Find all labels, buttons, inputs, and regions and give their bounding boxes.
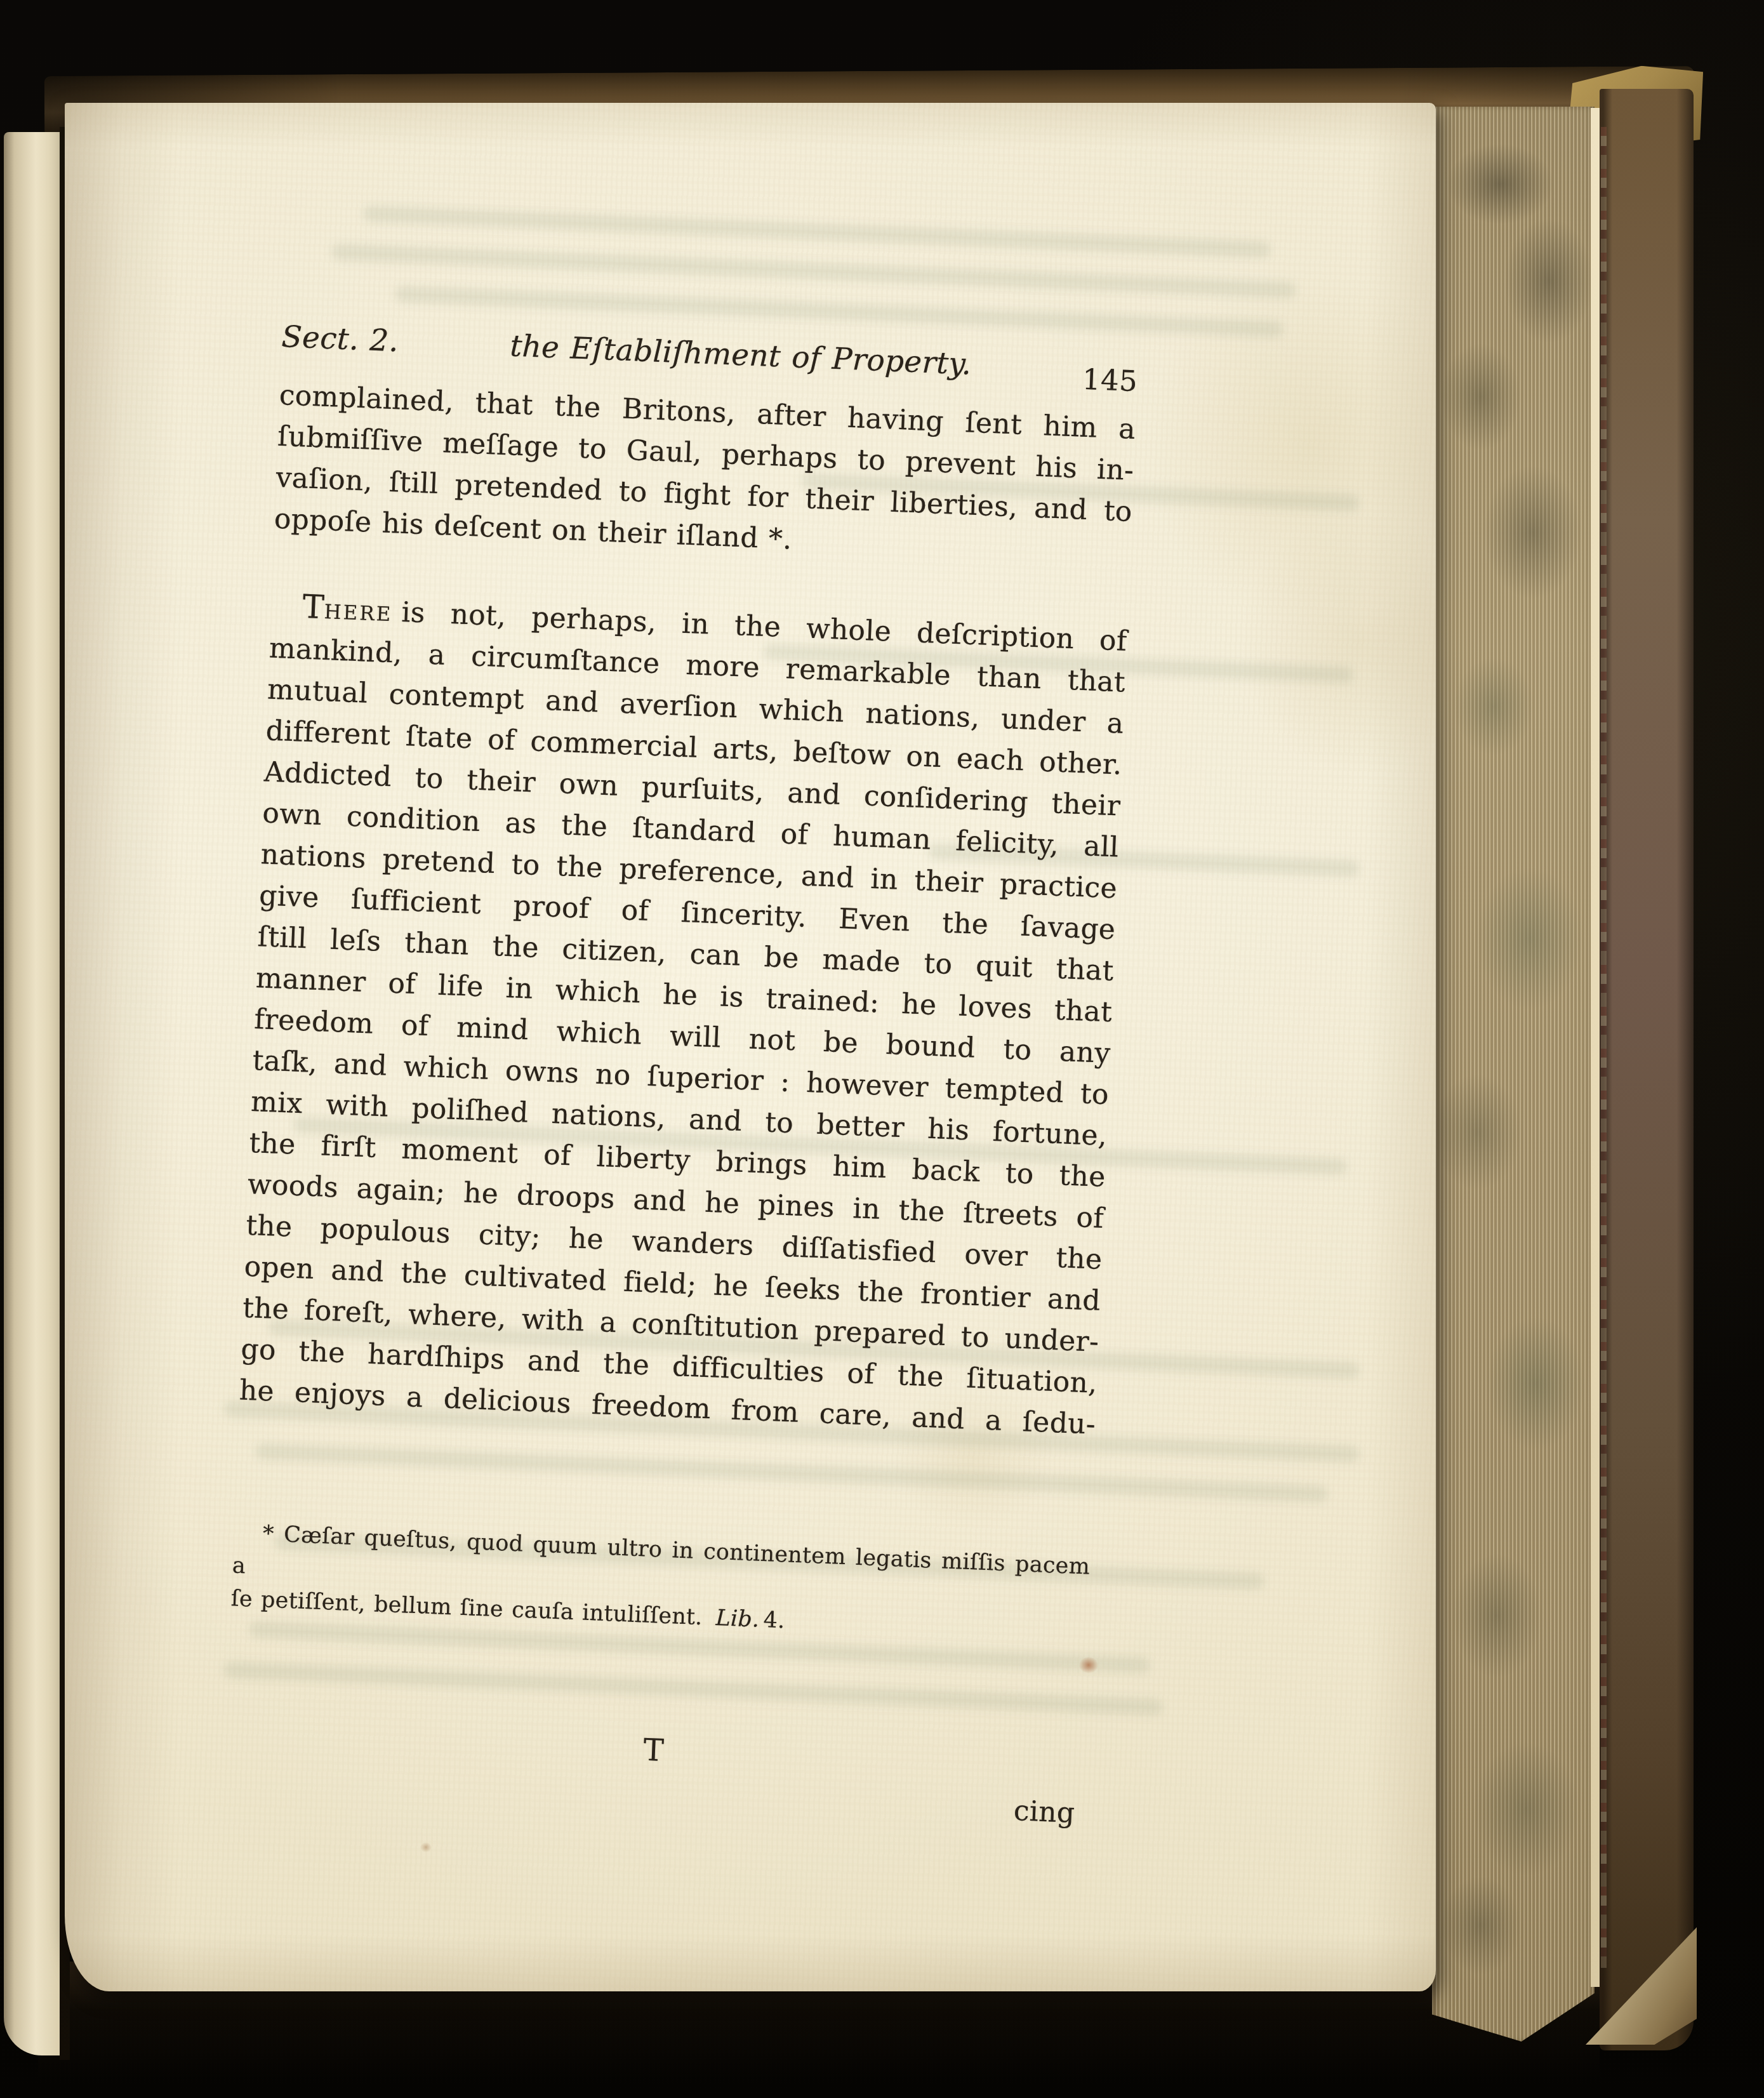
page-text: Sect. 2. the Eſtabliſhment of Property. …	[223, 316, 1139, 1834]
marbled-paper-fleck	[1601, 127, 1607, 1968]
paragraph-1: complained, that the Britons, after havi…	[274, 375, 1136, 574]
page-block-fore-edge	[1432, 107, 1595, 2042]
paragraph-2: Thereis not, perhaps, in the whole deſcr…	[239, 585, 1128, 1445]
facing-page-edge	[4, 132, 62, 2055]
footnote-reference: Lib.	[715, 1605, 760, 1633]
lead-small-caps: here	[324, 593, 394, 628]
footnote-reference-number: 4.	[763, 1607, 785, 1633]
footnote: * Cæſar queſtus, quod quum ultro in cont…	[230, 1516, 1091, 1649]
book-cover-right-edge	[1600, 89, 1694, 2050]
section-label: Sect. 2.	[281, 316, 399, 362]
lead-capital: T	[302, 588, 325, 627]
page-number: 145	[1063, 357, 1138, 402]
book-page: Sect. 2. the Eſtabliſhment of Property. …	[65, 103, 1436, 1991]
photo-background: Sect. 2. the Eſtabliſhment of Property. …	[0, 0, 1764, 2098]
